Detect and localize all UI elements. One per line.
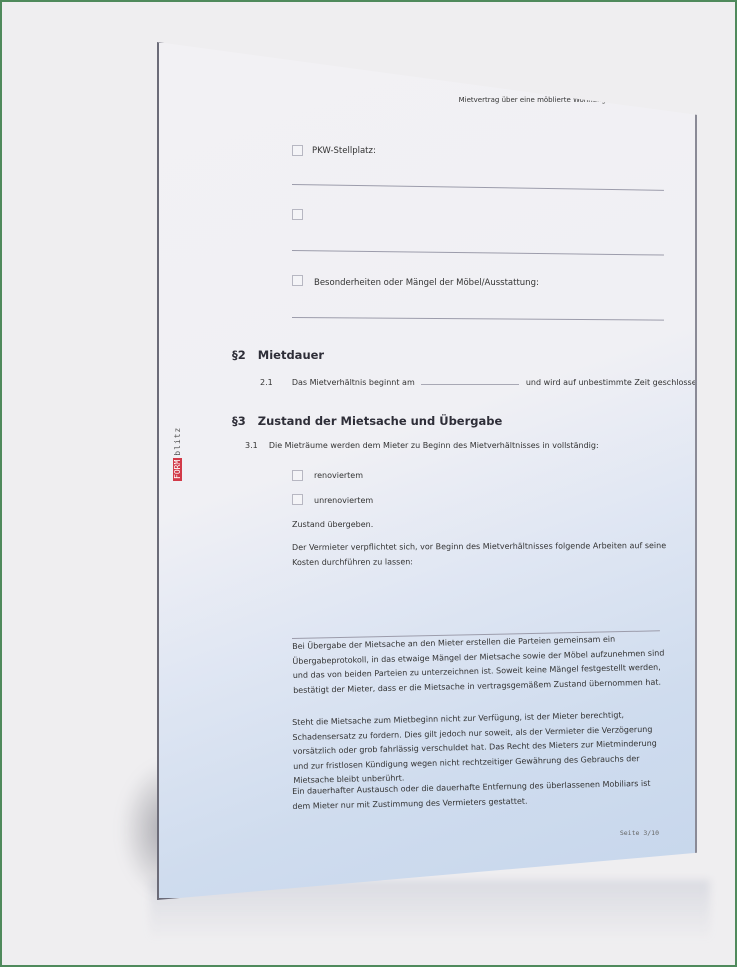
checkbox-besonderheiten[interactable] [292, 275, 303, 286]
section-3-title: Zustand der Mietsache und Übergabe [258, 414, 503, 428]
section-3-number: §3 [232, 414, 246, 428]
section-2-number: §2 [232, 348, 246, 362]
brand-blitz: blitz [173, 427, 182, 458]
start-date-field[interactable] [421, 384, 519, 385]
clause-2-1-text-before: Das Mietverhältnis beginnt am [292, 378, 415, 387]
paragraph-works: Der Vermieter verpflichtet sich, vor Beg… [292, 539, 670, 570]
checkbox-pkw-stellplatz[interactable] [292, 145, 303, 156]
clause-2-1-text-after: und wird auf unbestimmte Zeit geschlosse… [526, 378, 697, 387]
clause-2-1-number: 2.1 [260, 378, 273, 387]
page-header: Mietvertrag über eine möblierte Wohnung … [459, 96, 667, 104]
paragraph-delay: Steht die Mietsache zum Mietbeginn nicht… [292, 707, 672, 788]
checkbox-unrenoviertem[interactable] [292, 494, 303, 505]
clause-3-1-text: Die Mieträume werden dem Mieter zu Begin… [269, 441, 599, 450]
brand-form: FORM [173, 458, 182, 481]
article-number: Art.Nr. 05020 [612, 96, 667, 104]
paragraph-handover: Bei Übergabe der Mietsache an den Mieter… [292, 631, 671, 698]
clause-2-1: 2.1 Das Mietverhältnis beginnt am und wi… [260, 376, 697, 391]
checkbox-other[interactable] [292, 209, 303, 220]
checkbox-renoviertem[interactable] [292, 470, 303, 481]
page-number: Seite 3/10 [620, 829, 659, 837]
section-2-title: Mietdauer [258, 348, 324, 362]
fill-line-besonderheiten[interactable] [292, 317, 664, 321]
label-pkw-stellplatz: PKW-Stellplatz: [312, 146, 376, 156]
fill-line-other[interactable] [292, 250, 664, 256]
document-page: Mietvertrag über eine möblierte Wohnung … [157, 42, 697, 900]
clause-3-1: 3.1 Die Mieträume werden dem Mieter zu B… [245, 439, 599, 454]
section-2-heading: §2Mietdauer [232, 348, 324, 362]
clause-3-1-number: 3.1 [245, 441, 258, 450]
zustand-text: Zustand übergeben. [292, 518, 373, 533]
label-renoviertem: renoviertem [314, 471, 363, 480]
formblitz-logo: FORMblitz [173, 427, 182, 481]
label-besonderheiten: Besonderheiten oder Mängel der Möbel/Aus… [314, 278, 539, 288]
document-title: Mietvertrag über eine möblierte Wohnung [459, 96, 606, 104]
fill-line-pkw[interactable] [292, 184, 664, 191]
section-3-heading: §3Zustand der Mietsache und Übergabe [232, 414, 502, 428]
label-unrenoviertem: unrenoviertem [314, 496, 373, 505]
